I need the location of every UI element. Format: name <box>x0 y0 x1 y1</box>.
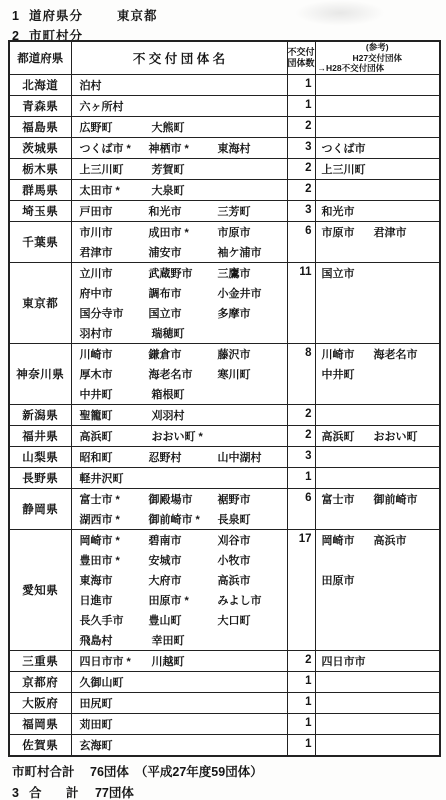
municipality-name: 国分寺市 <box>80 305 149 321</box>
municipality-name: 海老名市 <box>149 366 218 382</box>
reference-name: 川崎市 <box>322 346 374 362</box>
grand-total-number: 3 <box>12 786 19 800</box>
municipality-name: 市川市 <box>80 224 149 240</box>
municipality-line: 高浜町おおい町 * <box>72 426 287 446</box>
reference-cell <box>315 446 440 467</box>
prefecture-cell: 山梨県 <box>9 446 71 467</box>
municipality-names-cell: 四日市市 *川越町 <box>71 650 287 671</box>
municipality-names-cell: 太田市 *大泉町 <box>71 179 287 200</box>
count-cell: 2 <box>287 425 315 446</box>
municipality-name: 田尻町 <box>80 695 152 711</box>
reference-cell <box>315 95 440 116</box>
scan-artifact <box>295 0 385 26</box>
reference-line: 上三川町 <box>316 159 440 179</box>
municipality-name: 岡崎市 * <box>80 532 149 548</box>
municipality-line: 田尻町 <box>72 693 287 713</box>
municipality-name: 安城市 <box>149 552 218 568</box>
document-page: 1道府県分東京都 2市町村分 都道府県 不 交 付 団 体 名 不交付 団体数 … <box>0 0 446 800</box>
municipality-name: 昭和町 <box>80 449 149 465</box>
municipality-table-body: 北海道泊村1青森県六ヶ所村1福島県広野町大熊町2茨城県つくば市 *神栖市 *東海… <box>9 74 440 756</box>
reference-line: 四日市市 <box>316 651 440 671</box>
municipality-name: 泊村 <box>80 77 152 93</box>
reference-cell <box>315 713 440 734</box>
municipality-names-cell: 高浜町おおい町 * <box>71 425 287 446</box>
table-row: 静岡県富士市 *御殿場市裾野市湖西市 *御前崎市 *長泉町6富士市御前崎市 <box>9 488 440 529</box>
municipality-name: 大府市 <box>149 572 218 588</box>
municipality-line: 東海市大府市高浜市 <box>72 570 287 590</box>
count-cell: 17 <box>287 529 315 650</box>
reference-cell: つくば市 <box>315 137 440 158</box>
municipality-name: 幸田町 <box>152 632 224 648</box>
prefecture-cell: 福岡県 <box>9 713 71 734</box>
table-row: 群馬県太田市 *大泉町2 <box>9 179 440 200</box>
header-reference-line2: H27交付団体 <box>316 53 440 64</box>
municipality-name: 六ヶ所村 <box>80 98 152 114</box>
municipality-line: 市川市成田市 *市原市 <box>72 222 287 242</box>
municipality-name: おおい町 * <box>152 428 224 444</box>
municipality-line: 戸田市和光市三芳町 <box>72 201 287 221</box>
table-row: 京都府久御山町1 <box>9 671 440 692</box>
section1-number: 1 <box>12 9 20 23</box>
section1-heading: 1道府県分東京都 <box>12 6 157 24</box>
prefecture-cell: 静岡県 <box>9 488 71 529</box>
count-cell: 1 <box>287 671 315 692</box>
municipality-line: 豊田市 *安城市小牧市 <box>72 550 287 570</box>
municipality-name: みよし市 <box>218 592 287 608</box>
reference-name: 市原市 <box>322 224 374 240</box>
table-row: 青森県六ヶ所村1 <box>9 95 440 116</box>
table-row: 千葉県市川市成田市 *市原市君津市浦安市袖ケ浦市6市原市君津市 <box>9 221 440 262</box>
municipality-name: 忍野村 <box>149 449 218 465</box>
reference-cell: 国立市 <box>315 262 440 343</box>
municipality-name: 川越町 <box>152 653 224 669</box>
municipality-line: 中井町箱根町 <box>72 384 287 404</box>
count-cell: 1 <box>287 95 315 116</box>
municipality-name: 長久手市 <box>80 612 149 628</box>
municipality-name: 羽村市 <box>80 325 152 341</box>
municipality-line: 府中市調布市小金井市 <box>72 283 287 303</box>
municipality-name: 川崎市 <box>80 346 149 362</box>
municipality-name: 鎌倉市 <box>149 346 218 362</box>
municipality-line: 昭和町忍野村山中湖村 <box>72 447 287 467</box>
municipality-name: 厚木市 <box>80 366 149 382</box>
prefecture-cell: 神奈川県 <box>9 343 71 404</box>
reference-cell <box>315 671 440 692</box>
table-row: 佐賀県玄海町1 <box>9 734 440 756</box>
reference-name: 和光市 <box>322 203 374 219</box>
reference-line: 高浜町おおい町 <box>316 426 440 446</box>
municipality-name: 豊山町 <box>149 612 218 628</box>
table-header-row: 都道府県 不 交 付 団 体 名 不交付 団体数 (参考) H27交付団体 →H… <box>9 41 440 74</box>
count-cell: 1 <box>287 74 315 95</box>
reference-cell: 上三川町 <box>315 158 440 179</box>
reference-name: 君津市 <box>374 224 426 240</box>
reference-cell: 富士市御前崎市 <box>315 488 440 529</box>
municipality-names-cell: 川崎市鎌倉市藤沢市厚木市海老名市寒川町中井町箱根町 <box>71 343 287 404</box>
count-cell: 2 <box>287 404 315 425</box>
reference-line: 田原市 <box>316 570 440 590</box>
municipality-name: 刈谷市 <box>218 532 287 548</box>
municipality-name: 山中湖村 <box>218 449 287 465</box>
municipality-line: 四日市市 *川越町 <box>72 651 287 671</box>
header-municipality-names: 不 交 付 団 体 名 <box>71 41 287 74</box>
table-row: 三重県四日市市 *川越町2四日市市 <box>9 650 440 671</box>
municipality-line: 上三川町芳賀町 <box>72 159 287 179</box>
municipality-name: 小金井市 <box>218 285 287 301</box>
prefecture-cell: 三重県 <box>9 650 71 671</box>
municipality-name: 苅田町 <box>80 716 152 732</box>
municipality-name: 袖ケ浦市 <box>218 244 287 260</box>
table-row: 茨城県つくば市 *神栖市 *東海村3つくば市 <box>9 137 440 158</box>
count-cell: 6 <box>287 488 315 529</box>
reference-name: 四日市市 <box>322 653 374 669</box>
grand-total-line: 3合 計77団体 <box>12 783 134 800</box>
reference-name: 田原市 <box>322 572 374 588</box>
municipality-names-cell: 富士市 *御殿場市裾野市湖西市 *御前崎市 *長泉町 <box>71 488 287 529</box>
municipality-name: 裾野市 <box>218 491 287 507</box>
reference-line: 中井町 <box>316 364 440 384</box>
municipality-name: 久御山町 <box>80 674 152 690</box>
section1-value: 東京都 <box>117 9 158 23</box>
table-row: 福島県広野町大熊町2 <box>9 116 440 137</box>
municipality-names-cell: 昭和町忍野村山中湖村 <box>71 446 287 467</box>
reference-line <box>316 550 440 570</box>
municipality-name: 富士市 * <box>80 491 149 507</box>
municipality-name: 成田市 * <box>149 224 218 240</box>
reference-line: 岡崎市高浜市 <box>316 530 440 550</box>
table-row: 福岡県苅田町1 <box>9 713 440 734</box>
reference-name: 岡崎市 <box>322 532 374 548</box>
municipal-total-value: 76団体 <box>90 762 129 780</box>
count-cell: 3 <box>287 446 315 467</box>
municipality-name: 碧南市 <box>149 532 218 548</box>
header-prefecture: 都道府県 <box>9 41 71 74</box>
prefecture-cell: 青森県 <box>9 95 71 116</box>
municipality-names-cell: 六ヶ所村 <box>71 95 287 116</box>
municipality-names-cell: 田尻町 <box>71 692 287 713</box>
reference-name: つくば市 <box>322 140 374 156</box>
count-cell: 2 <box>287 650 315 671</box>
table-row: 埼玉県戸田市和光市三芳町3和光市 <box>9 200 440 221</box>
municipality-names-cell: 玄海町 <box>71 734 287 756</box>
reference-cell <box>315 467 440 488</box>
municipal-total-line: 市町村合計76団体（平成27年度59団体） <box>12 762 263 780</box>
municipality-name: 御殿場市 <box>149 491 218 507</box>
municipality-name: 三芳町 <box>218 203 287 219</box>
reference-line: 和光市 <box>316 201 440 221</box>
municipality-name: 寒川町 <box>218 366 287 382</box>
municipality-line: 広野町大熊町 <box>72 117 287 137</box>
prefecture-cell: 埼玉県 <box>9 200 71 221</box>
municipality-names-cell: 泊村 <box>71 74 287 95</box>
reference-name: 上三川町 <box>322 161 374 177</box>
table-row: 山梨県昭和町忍野村山中湖村3 <box>9 446 440 467</box>
prefecture-cell: 京都府 <box>9 671 71 692</box>
municipality-name: 芳賀町 <box>152 161 224 177</box>
municipality-name: 豊田市 * <box>80 552 149 568</box>
reference-name: 御前崎市 <box>374 491 426 507</box>
prefecture-cell: 佐賀県 <box>9 734 71 756</box>
prefecture-cell: 長野県 <box>9 467 71 488</box>
municipality-names-cell: 軽井沢町 <box>71 467 287 488</box>
prefecture-cell: 福島県 <box>9 116 71 137</box>
prefecture-cell: 栃木県 <box>9 158 71 179</box>
municipality-name: 君津市 <box>80 244 149 260</box>
reference-cell <box>315 692 440 713</box>
municipality-name: 国立市 <box>149 305 218 321</box>
municipality-line: 君津市浦安市袖ケ浦市 <box>72 242 287 262</box>
count-cell: 1 <box>287 734 315 756</box>
reference-cell: 和光市 <box>315 200 440 221</box>
table-row: 東京都立川市武蔵野市三鷹市府中市調布市小金井市国分寺市国立市多摩市羽村市瑞穂町1… <box>9 262 440 343</box>
municipality-name: 調布市 <box>149 285 218 301</box>
municipality-name: 飛島村 <box>80 632 152 648</box>
header-count: 不交付 団体数 <box>287 41 315 74</box>
municipality-names-cell: 聖籠町刈羽村 <box>71 404 287 425</box>
municipality-line: 軽井沢町 <box>72 468 287 488</box>
prefecture-cell: 茨城県 <box>9 137 71 158</box>
municipality-names-cell: 苅田町 <box>71 713 287 734</box>
municipality-line: 川崎市鎌倉市藤沢市 <box>72 344 287 364</box>
reference-cell: 四日市市 <box>315 650 440 671</box>
municipality-name: 高浜町 <box>80 428 152 444</box>
municipality-line: 泊村 <box>72 75 287 95</box>
municipality-name: 太田市 * <box>80 182 152 198</box>
municipality-name: 聖籠町 <box>80 407 152 423</box>
prefecture-cell: 福井県 <box>9 425 71 446</box>
municipality-line: つくば市 *神栖市 *東海村 <box>72 138 287 158</box>
municipality-names-cell: つくば市 *神栖市 *東海村 <box>71 137 287 158</box>
municipality-line: 六ヶ所村 <box>72 96 287 116</box>
prefecture-cell: 大阪府 <box>9 692 71 713</box>
count-cell: 3 <box>287 137 315 158</box>
municipality-line: 国分寺市国立市多摩市 <box>72 303 287 323</box>
municipality-name: 三鷹市 <box>218 265 287 281</box>
reference-cell: 高浜町おおい町 <box>315 425 440 446</box>
reference-cell <box>315 179 440 200</box>
prefecture-cell: 新潟県 <box>9 404 71 425</box>
prefecture-cell: 千葉県 <box>9 221 71 262</box>
count-cell: 2 <box>287 158 315 179</box>
count-cell: 6 <box>287 221 315 262</box>
reference-line: 富士市御前崎市 <box>316 489 440 509</box>
municipality-name: 東海市 <box>80 572 149 588</box>
reference-cell <box>315 74 440 95</box>
reference-name: 高浜市 <box>374 532 426 548</box>
grand-total-value: 77団体 <box>95 786 134 800</box>
municipality-name: 広野町 <box>80 119 152 135</box>
municipality-name: 中井町 <box>80 386 152 402</box>
municipality-names-cell: 広野町大熊町 <box>71 116 287 137</box>
prefecture-cell: 愛知県 <box>9 529 71 650</box>
municipality-line: 聖籠町刈羽村 <box>72 405 287 425</box>
municipality-name: 大泉町 <box>152 182 224 198</box>
table-row: 栃木県上三川町芳賀町2上三川町 <box>9 158 440 179</box>
municipality-name: 上三川町 <box>80 161 152 177</box>
municipality-line: 玄海町 <box>72 735 287 755</box>
municipal-total-label: 市町村合計 <box>12 762 90 780</box>
prefecture-cell: 東京都 <box>9 262 71 343</box>
count-cell: 1 <box>287 692 315 713</box>
reference-cell <box>315 404 440 425</box>
reference-cell <box>315 734 440 756</box>
municipality-name: 小牧市 <box>218 552 287 568</box>
municipality-name: 藤沢市 <box>218 346 287 362</box>
municipality-name: 軽井沢町 <box>80 470 152 486</box>
header-reference-line3: →H28不交付団体 <box>316 63 440 74</box>
table-header: 都道府県 不 交 付 団 体 名 不交付 団体数 (参考) H27交付団体 →H… <box>9 41 440 74</box>
municipality-name: 湖西市 * <box>80 511 149 527</box>
header-reference-line1: (参考) <box>316 42 440 53</box>
municipality-line: 久御山町 <box>72 672 287 692</box>
reference-cell <box>315 116 440 137</box>
table-row: 神奈川県川崎市鎌倉市藤沢市厚木市海老名市寒川町中井町箱根町8川崎市海老名市中井町 <box>9 343 440 404</box>
municipality-name: 武蔵野市 <box>149 265 218 281</box>
reference-line: 市原市君津市 <box>316 222 440 242</box>
reference-name: 高浜町 <box>322 428 374 444</box>
municipality-name: 立川市 <box>80 265 149 281</box>
municipality-line: 厚木市海老名市寒川町 <box>72 364 287 384</box>
count-cell: 1 <box>287 467 315 488</box>
prefecture-cell: 群馬県 <box>9 179 71 200</box>
municipality-line: 日進市田原市 *みよし市 <box>72 590 287 610</box>
municipality-names-cell: 戸田市和光市三芳町 <box>71 200 287 221</box>
reference-cell: 市原市君津市 <box>315 221 440 262</box>
reference-name: 中井町 <box>322 366 374 382</box>
reference-cell: 岡崎市高浜市田原市 <box>315 529 440 650</box>
municipality-name: 日進市 <box>80 592 149 608</box>
header-reference: (参考) H27交付団体 →H28不交付団体 <box>315 41 440 74</box>
municipality-line: 長久手市豊山町大口町 <box>72 610 287 630</box>
header-count-line1: 不交付 <box>288 47 315 58</box>
municipality-line: 羽村市瑞穂町 <box>72 323 287 343</box>
count-cell: 3 <box>287 200 315 221</box>
municipality-names-cell: 岡崎市 *碧南市刈谷市豊田市 *安城市小牧市東海市大府市高浜市日進市田原市 *み… <box>71 529 287 650</box>
municipality-name: 玄海町 <box>80 737 152 753</box>
municipality-line: 立川市武蔵野市三鷹市 <box>72 263 287 283</box>
municipality-names-cell: 立川市武蔵野市三鷹市府中市調布市小金井市国分寺市国立市多摩市羽村市瑞穂町 <box>71 262 287 343</box>
reference-line: 国立市 <box>316 263 440 283</box>
municipality-line: 太田市 *大泉町 <box>72 180 287 200</box>
reference-name: 国立市 <box>322 265 374 281</box>
reference-line: つくば市 <box>316 138 440 158</box>
municipality-name: 大口町 <box>218 612 287 628</box>
municipality-line: 湖西市 *御前崎市 *長泉町 <box>72 509 287 529</box>
municipality-name: 田原市 * <box>149 592 218 608</box>
municipality-name: 戸田市 <box>80 203 149 219</box>
municipality-name: 刈羽村 <box>152 407 224 423</box>
municipality-line: 富士市 *御殿場市裾野市 <box>72 489 287 509</box>
prefecture-cell: 北海道 <box>9 74 71 95</box>
municipality-name: 府中市 <box>80 285 149 301</box>
section1-label: 道府県分 <box>29 9 83 23</box>
municipality-line: 苅田町 <box>72 714 287 734</box>
municipality-name: 市原市 <box>218 224 287 240</box>
municipality-name: 瑞穂町 <box>152 325 224 341</box>
municipal-total-note: （平成27年度59団体） <box>135 765 263 779</box>
municipality-name: 長泉町 <box>218 511 287 527</box>
count-cell: 8 <box>287 343 315 404</box>
municipality-names-cell: 市川市成田市 *市原市君津市浦安市袖ケ浦市 <box>71 221 287 262</box>
count-cell: 11 <box>287 262 315 343</box>
table-row: 北海道泊村1 <box>9 74 440 95</box>
reference-cell: 川崎市海老名市中井町 <box>315 343 440 404</box>
municipality-name: つくば市 * <box>80 140 149 156</box>
municipality-table: 都道府県 不 交 付 団 体 名 不交付 団体数 (参考) H27交付団体 →H… <box>8 40 441 757</box>
municipality-name: 箱根町 <box>152 386 224 402</box>
municipality-name: 神栖市 * <box>149 140 218 156</box>
table-row: 大阪府田尻町1 <box>9 692 440 713</box>
count-cell: 2 <box>287 116 315 137</box>
municipality-name: 多摩市 <box>218 305 287 321</box>
grand-total-label: 合 計 <box>29 783 95 800</box>
reference-name: 富士市 <box>322 491 374 507</box>
municipality-line: 岡崎市 *碧南市刈谷市 <box>72 530 287 550</box>
municipality-name: 大熊町 <box>152 119 224 135</box>
municipality-name: 御前崎市 * <box>149 511 218 527</box>
reference-name: 海老名市 <box>374 346 426 362</box>
municipality-name: 四日市市 * <box>80 653 152 669</box>
table-row: 愛知県岡崎市 *碧南市刈谷市豊田市 *安城市小牧市東海市大府市高浜市日進市田原市… <box>9 529 440 650</box>
reference-name: おおい町 <box>374 428 426 444</box>
municipality-name: 浦安市 <box>149 244 218 260</box>
table-row: 福井県高浜町おおい町 *2高浜町おおい町 <box>9 425 440 446</box>
reference-line: 川崎市海老名市 <box>316 344 440 364</box>
count-cell: 1 <box>287 713 315 734</box>
count-cell: 2 <box>287 179 315 200</box>
municipality-line: 飛島村幸田町 <box>72 630 287 650</box>
municipality-names-cell: 久御山町 <box>71 671 287 692</box>
table-row: 新潟県聖籠町刈羽村2 <box>9 404 440 425</box>
municipality-name: 東海村 <box>218 140 287 156</box>
header-count-line2: 団体数 <box>288 58 315 69</box>
table-row: 長野県軽井沢町1 <box>9 467 440 488</box>
municipality-name: 高浜市 <box>218 572 287 588</box>
municipality-names-cell: 上三川町芳賀町 <box>71 158 287 179</box>
municipality-name: 和光市 <box>149 203 218 219</box>
